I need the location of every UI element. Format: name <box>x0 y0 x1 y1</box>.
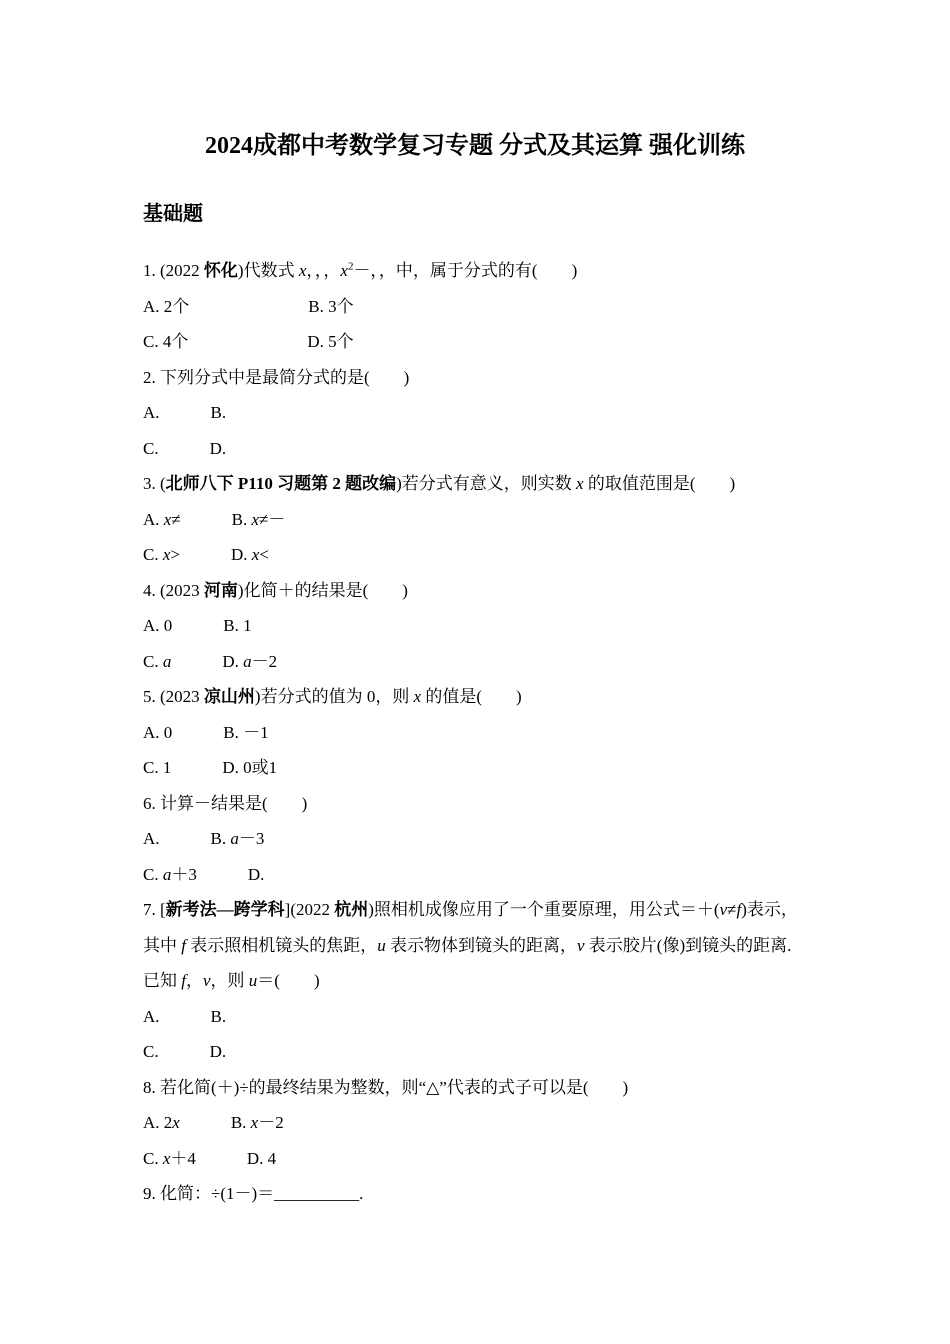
text-run: A. 2个 B. 3个 <box>143 297 354 316</box>
text-run: 1. (2022 <box>143 261 204 280</box>
text-run: 4. (2023 <box>143 581 204 600</box>
text-run: 9. 化简：÷(1－)＝ <box>143 1184 274 1203</box>
text-run: A. 0 B. －1 <box>143 723 269 742</box>
text-run: x <box>340 261 348 280</box>
option-row: A. 0 B. －1 <box>143 715 890 751</box>
question-9: 9. 化简：÷(1－)＝__________. <box>143 1176 890 1212</box>
question-list: 1. (2022 怀化)代数式 x，，，x2－，，中，属于分式的有( )A. 2… <box>0 227 950 1212</box>
text-run: 杭州 <box>334 900 368 919</box>
text-run: 河南 <box>204 581 238 600</box>
question-5: 5. (2023 凉山州)若分式的值为 0，则 x 的值是( )A. 0 B. … <box>143 679 890 786</box>
text-run: ＋3 D. <box>171 865 264 884</box>
page-title: 2024成都中考数学复习专题 分式及其运算 强化训练 <box>0 0 950 160</box>
text-run: 8. 若化简(＋)÷的最终结果为整数，则“△”代表的式子可以是( ) <box>143 1078 628 1097</box>
text-run: v <box>720 900 728 919</box>
option-row: C. x＋4 D. 4 <box>143 1141 890 1177</box>
text-run: 新考法—跨学科 <box>166 900 285 919</box>
text-run: C. D. <box>143 439 226 458</box>
text-run: 3. ( <box>143 474 166 493</box>
text-run: A. 0 B. 1 <box>143 616 252 635</box>
text-run: )代数式 <box>238 261 299 280</box>
option-row: C. a＋3 D. <box>143 857 890 893</box>
text-run: )照相机成像应用了一个重要原理，用公式＝＋( <box>368 900 719 919</box>
text-run: －2 <box>252 652 278 671</box>
option-row: A. B. <box>143 999 890 1035</box>
text-run: x <box>576 474 584 493</box>
question-2: 2. 下列分式中是最简分式的是( )A. B.C. D. <box>143 360 890 467</box>
text-run: ＋4 D. 4 <box>170 1149 276 1168</box>
text-run: ，则 <box>211 971 249 990</box>
text-run: < <box>259 545 269 564</box>
text-run: B. <box>180 1113 251 1132</box>
text-run: C. 1 D. 0或1 <box>143 758 277 777</box>
option-row: C. 4个 D. 5个 <box>143 324 890 360</box>
text-run: )若分式的值为 0，则 <box>255 687 414 706</box>
text-run: A. B. <box>143 403 226 422</box>
text-run: －2 <box>258 1113 284 1132</box>
text-run: 表示照相机镜头的焦距， <box>186 936 377 955</box>
text-run: 的值是( ) <box>421 687 522 706</box>
question-stem: 3. (北师八下 P110 习题第 2 题改编)若分式有意义，则实数 x 的取值… <box>143 466 890 502</box>
text-run: ， <box>186 971 203 990</box>
text-run: ≠ B. <box>171 510 251 529</box>
question-3: 3. (北师八下 P110 习题第 2 题改编)若分式有意义，则实数 x 的取值… <box>143 466 890 573</box>
question-stem: 2. 下列分式中是最简分式的是( ) <box>143 360 890 396</box>
text-run: A. B. <box>143 829 230 848</box>
question-stem: 7. [新考法—跨学科](2022 杭州)照相机成像应用了一个重要原理，用公式＝… <box>143 892 890 928</box>
question-1: 1. (2022 怀化)代数式 x，，，x2－，，中，属于分式的有( )A. 2… <box>143 253 890 360</box>
text-run: x <box>172 1113 180 1132</box>
question-6: 6. 计算－结果是( )A. B. a－3C. a＋3 D. <box>143 786 890 893</box>
text-run: ](2022 <box>285 900 335 919</box>
option-row: C. x> D. x< <box>143 537 890 573</box>
text-run: ≠－ <box>259 510 285 529</box>
question-stem: 1. (2022 怀化)代数式 x，，，x2－，，中，属于分式的有( ) <box>143 253 890 289</box>
text-run: u <box>377 936 386 955</box>
question-stem: 8. 若化简(＋)÷的最终结果为整数，则“△”代表的式子可以是( ) <box>143 1070 890 1106</box>
question-4: 4. (2023 河南)化简＋的结果是( )A. 0 B. 1C. a D. a… <box>143 573 890 680</box>
text-run: a <box>230 829 239 848</box>
text-run: C. 4个 D. 5个 <box>143 332 354 351</box>
text-run: C. <box>143 865 163 884</box>
question-stem: 4. (2023 河南)化简＋的结果是( ) <box>143 573 890 609</box>
text-run: 北师八下 P110 习题第 2 题改编 <box>166 474 396 493</box>
option-row: A. x≠ B. x≠－ <box>143 502 890 538</box>
text-run: C. <box>143 1149 163 1168</box>
text-run: )表示， <box>741 900 798 919</box>
text-run: 表示物体到镜头的距离， <box>386 936 577 955</box>
section-heading: 基础题 <box>0 160 950 227</box>
text-run: C. <box>143 545 163 564</box>
text-run: )若分式有意义，则实数 <box>396 474 576 493</box>
text-run: 其中 <box>143 936 181 955</box>
option-row: A. 0 B. 1 <box>143 608 890 644</box>
question-stem: 9. 化简：÷(1－)＝__________. <box>143 1176 890 1212</box>
text-run: __________ <box>274 1184 359 1203</box>
question-stem: 5. (2023 凉山州)若分式的值为 0，则 x 的值是( ) <box>143 679 890 715</box>
option-row: A. 2x B. x－2 <box>143 1105 890 1141</box>
option-row: C. 1 D. 0或1 <box>143 750 890 786</box>
text-run: －3 <box>239 829 265 848</box>
text-run: A. <box>143 510 164 529</box>
question-7: 7. [新考法—跨学科](2022 杭州)照相机成像应用了一个重要原理，用公式＝… <box>143 892 890 1070</box>
option-row: A. B. a－3 <box>143 821 890 857</box>
text-run: 5. (2023 <box>143 687 204 706</box>
text-run: A. B. <box>143 1007 226 1026</box>
text-run: ＝( ) <box>257 971 319 990</box>
option-row: A. 2个 B. 3个 <box>143 289 890 325</box>
text-run: 怀化 <box>204 261 238 280</box>
text-run: a <box>243 652 252 671</box>
text-run: 已知 <box>143 971 181 990</box>
question-stem: 已知 f，v，则 u＝( ) <box>143 963 890 999</box>
text-run: 凉山州 <box>204 687 255 706</box>
text-run: 表示胶片(像)到镜头的距离. <box>585 936 792 955</box>
text-run: )化简＋的结果是( ) <box>238 581 408 600</box>
text-run: v <box>577 936 585 955</box>
text-run: 2. 下列分式中是最简分式的是( ) <box>143 368 409 387</box>
text-run: v <box>203 971 211 990</box>
option-row: C. D. <box>143 1034 890 1070</box>
option-row: A. B. <box>143 395 890 431</box>
text-run: D. <box>171 652 243 671</box>
question-stem: 其中 f 表示照相机镜头的焦距，u 表示物体到镜头的距离，v 表示胶片(像)到镜… <box>143 928 890 964</box>
option-row: C. a D. a－2 <box>143 644 890 680</box>
text-run: A. 2 <box>143 1113 172 1132</box>
text-run: . <box>359 1184 363 1203</box>
text-run: 6. 计算－结果是( ) <box>143 794 307 813</box>
worksheet-page: 2024成都中考数学复习专题 分式及其运算 强化训练 基础题 1. (2022 … <box>0 0 950 1344</box>
text-run: －，，中，属于分式的有( ) <box>353 261 577 280</box>
question-8: 8. 若化简(＋)÷的最终结果为整数，则“△”代表的式子可以是( )A. 2x … <box>143 1070 890 1177</box>
option-row: C. D. <box>143 431 890 467</box>
text-run: x <box>414 687 422 706</box>
text-run: 7. [ <box>143 900 166 919</box>
text-run: > D. <box>170 545 251 564</box>
text-run: x <box>252 510 260 529</box>
text-run: ，，， <box>306 261 340 280</box>
question-stem: 6. 计算－结果是( ) <box>143 786 890 822</box>
text-run: C. D. <box>143 1042 226 1061</box>
text-run: 的取值范围是( ) <box>584 474 736 493</box>
text-run: u <box>249 971 258 990</box>
text-run: C. <box>143 652 163 671</box>
